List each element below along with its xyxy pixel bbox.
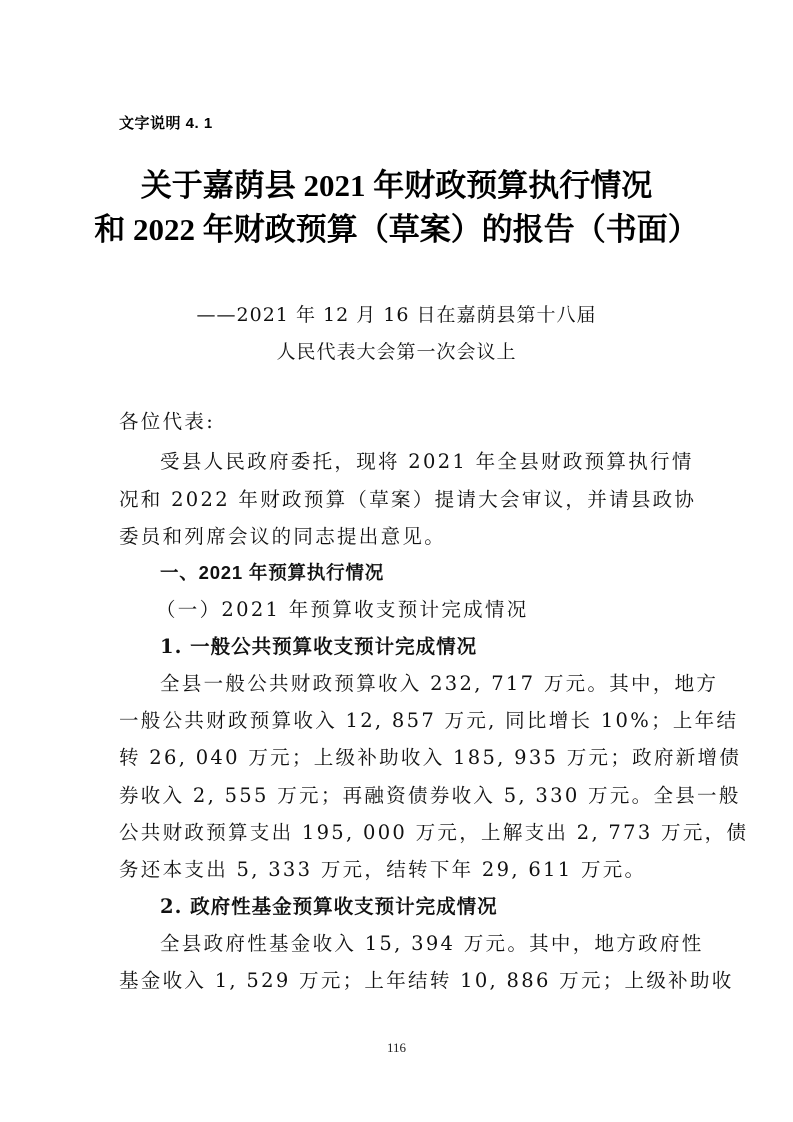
report-title-line-2: 和 2022 年财政预算（草案）的报告（书面） [0, 214, 793, 245]
body-paragraph-line: 券收入 2, 555 万元；再融资债券收入 5, 330 万元。全县一般 [119, 786, 679, 806]
body-paragraph-line: 基金收入 1, 529 万元；上年结转 10, 886 万元；上级补助收 [119, 971, 679, 991]
item-heading: 1. 一般公共预算收支预计完成情况 [160, 637, 720, 657]
item-heading: 2. 政府性基金预算收支预计完成情况 [160, 897, 720, 917]
body-paragraph-line: 公共财政预算支出 195, 000 万元，上解支出 2, 773 万元，债 [119, 823, 679, 843]
page-number: 116 [0, 1040, 793, 1056]
intro-paragraph-line: 况和 2022 年财政预算（草案）提请大会审议，并请县政协 [119, 490, 679, 510]
salutation: 各位代表: [119, 412, 679, 432]
body-paragraph-line: 务还本支出 5, 333 万元，结转下年 29, 611 万元。 [119, 860, 679, 880]
intro-paragraph-line: 受县人民政府委托，现将 2021 年全县财政预算执行情 [160, 452, 720, 472]
section-heading: 一、2021 年预算执行情况 [160, 564, 720, 583]
report-subtitle-line-1: ——2021 年 12 月 16 日在嘉荫县第十八届 [0, 300, 793, 327]
body-paragraph-line: 转 26, 040 万元；上级补助收入 185, 935 万元；政府新增债 [119, 748, 679, 768]
document-label: 文字说明 4. 1 [119, 112, 213, 133]
body-paragraph-line: 全县一般公共财政预算收入 232, 717 万元。其中，地方 [160, 674, 720, 694]
body-paragraph-line: 一般公共财政预算收入 12, 857 万元, 同比增长 10%；上年结 [119, 711, 679, 731]
document-page: 文字说明 4. 1 关于嘉荫县 2021 年财政预算执行情况 和 2022 年财… [0, 0, 793, 1122]
report-title-line-1: 关于嘉荫县 2021 年财政预算执行情况 [0, 170, 793, 201]
intro-paragraph-line: 委员和列席会议的同志提出意见。 [119, 527, 679, 547]
report-subtitle-line-2: 人民代表大会第一次会议上 [0, 337, 793, 364]
body-paragraph-line: 全县政府性基金收入 15, 394 万元。其中，地方政府性 [160, 934, 720, 954]
subsection-heading: （一）2021 年预算收支预计完成情况 [156, 600, 716, 620]
